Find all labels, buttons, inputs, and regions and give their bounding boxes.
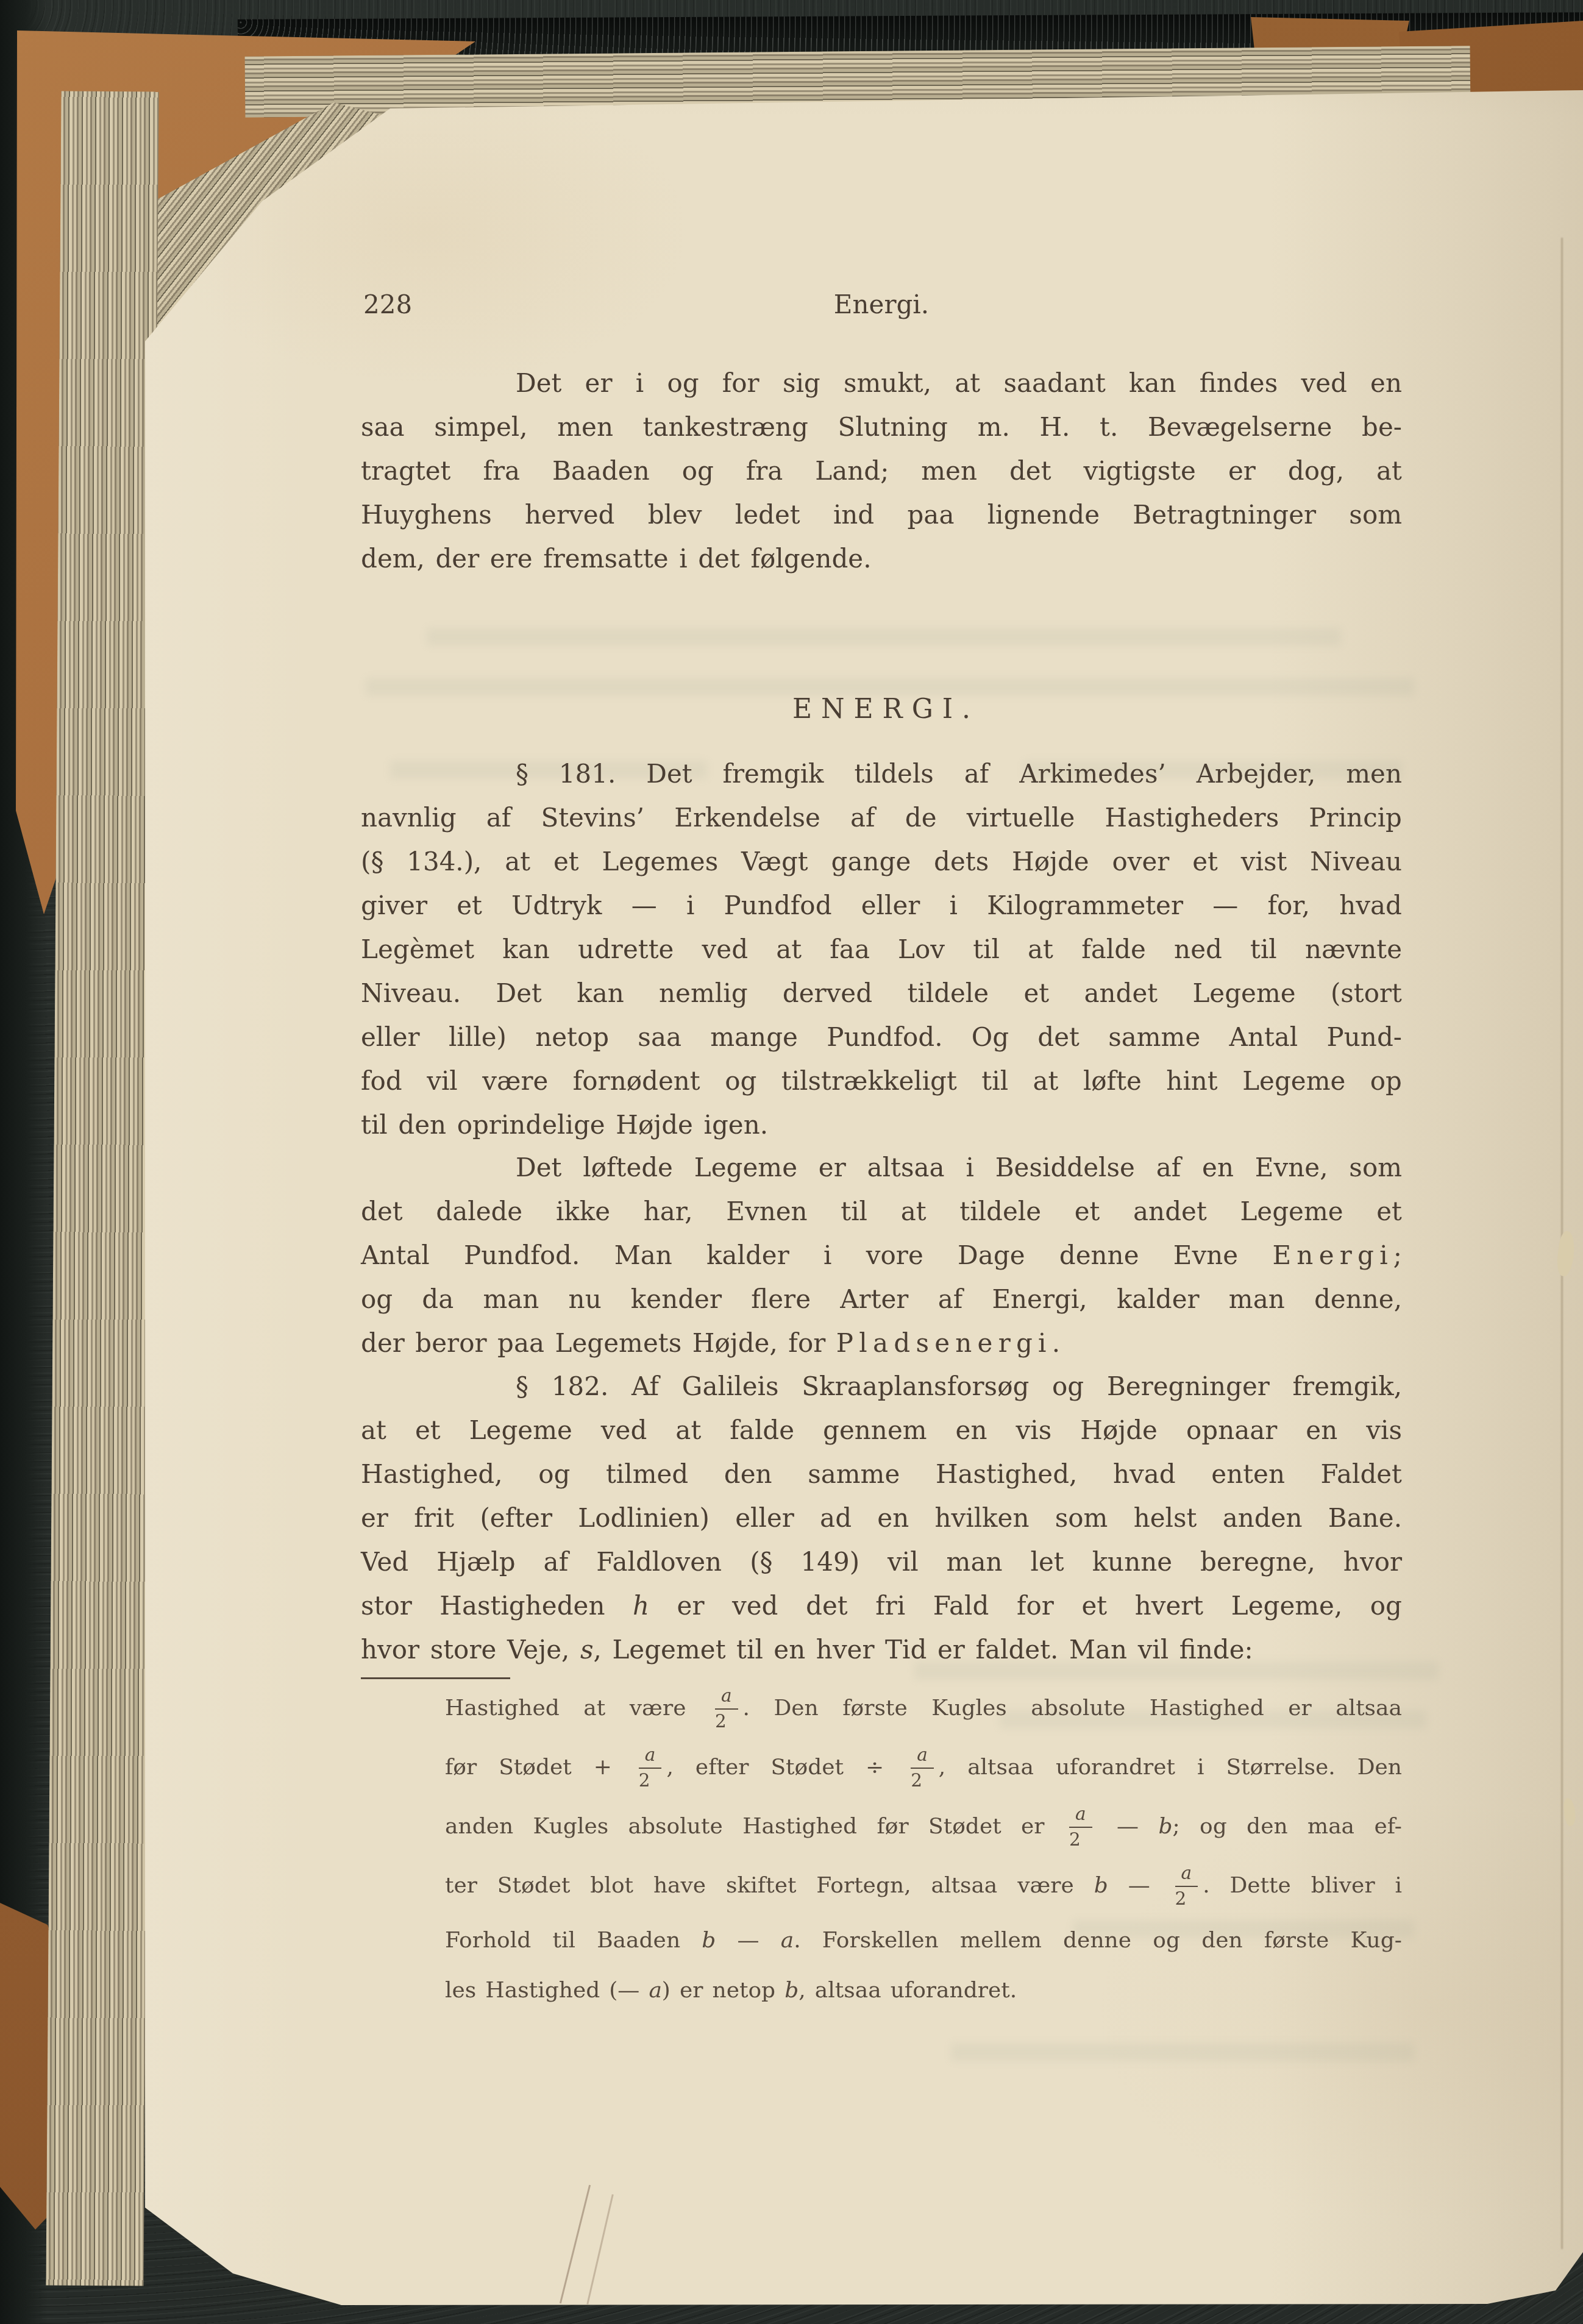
- text-run: § 182. Af Galileis Skraaplansforsøg og B…: [516, 1371, 1402, 1401]
- text-line: til den oprindelige Højde igen.: [361, 1103, 1402, 1147]
- text-line: stor Hastigheden h er ved det fri Fald f…: [361, 1584, 1402, 1628]
- italic-variable: b: [1094, 1873, 1108, 1898]
- text-run: Ved Hjælp af Faldloven (§ 149) vil man l…: [361, 1547, 1402, 1577]
- fraction-numerator: a: [639, 1746, 662, 1768]
- text-line: Hastighed, og tilmed den samme Hastighed…: [361, 1452, 1402, 1496]
- ghost-text-smudge: [951, 2043, 1414, 2061]
- text-run: ter Stødet blot have skiftet Fortegn, al…: [445, 1873, 1094, 1898]
- text-run: § 181. Det fremgik tildels af Arkimedes’…: [516, 759, 1402, 789]
- text-run: dem, der ere fremsatte i det følgende.: [361, 544, 872, 574]
- text-run: . Forskellen mellem denne og den første …: [794, 1928, 1402, 1953]
- text-run: —: [1097, 1814, 1159, 1839]
- text-run: —: [1108, 1873, 1170, 1898]
- text-line: Legèmet kan udrette ved at faa Lov til a…: [361, 928, 1402, 972]
- text-run: er frit (efter Lodlinien) eller ad en hv…: [361, 1503, 1402, 1533]
- text-line: Hastighed at være a2. Den første Kugles …: [445, 1687, 1402, 1730]
- text-line: er frit (efter Lodlinien) eller ad en hv…: [361, 1496, 1402, 1540]
- text-run: (§ 134.), at et Legemes Vægt gange dets …: [361, 847, 1402, 876]
- text-run: tragtet fra Baaden og fra Land; men det …: [361, 456, 1402, 486]
- text-run: les Hastighed (—: [445, 1978, 649, 2003]
- italic-variable: b: [1158, 1814, 1172, 1839]
- text-run: .: [1052, 1328, 1060, 1358]
- fraction: a2: [911, 1746, 934, 1789]
- footnote-rule: [361, 1677, 510, 1679]
- text-line: at et Legeme ved at falde gennem en vis …: [361, 1409, 1402, 1452]
- section-heading: ENERGI.: [361, 688, 1402, 731]
- fraction: a2: [1069, 1805, 1092, 1849]
- fraction-numerator: a: [1175, 1864, 1198, 1886]
- text-run: , altsaa uforandret.: [799, 1978, 1017, 2003]
- text-run: Legèmet kan udrette ved at faa Lov til a…: [361, 934, 1402, 964]
- text-line: dem, der ere fremsatte i det følgende.: [361, 537, 1402, 581]
- text-run: ;: [1393, 1240, 1402, 1270]
- text-line: tragtet fra Baaden og fra Land; men det …: [361, 449, 1402, 493]
- fraction-denominator: 2: [715, 1708, 738, 1731]
- running-title: Energi.: [361, 283, 1402, 327]
- text-run: . Den første Kugles absolute Hastighed e…: [743, 1696, 1402, 1721]
- fraction-numerator: a: [1069, 1805, 1092, 1827]
- text-run: Forhold til Baaden: [445, 1928, 702, 1953]
- text-line: og da man nu kender flere Arter af Energ…: [361, 1277, 1402, 1321]
- text-run: Det er i og for sig smukt, at saadant ka…: [516, 368, 1402, 398]
- text-run: hvor store Veje,: [361, 1635, 580, 1665]
- text-line: Niveau. Det kan nemlig derved tildele et…: [361, 972, 1402, 1015]
- fraction: a2: [639, 1746, 662, 1789]
- text-run: giver et Udtryk — i Pundfod eller i Kilo…: [361, 890, 1402, 920]
- text-run: saa simpel, men tankestræng Slutning m. …: [361, 412, 1402, 442]
- text-run: . Dette bliver i: [1203, 1873, 1402, 1898]
- text-run: Det løftede Legeme er altsaa i Besiddels…: [516, 1153, 1402, 1182]
- text-run: fod vil være fornødent og tilstrækkeligt…: [361, 1066, 1402, 1096]
- text-run: Hastighed at være: [445, 1696, 710, 1721]
- italic-variable: b: [784, 1978, 799, 2003]
- text-run: før Stødet +: [445, 1755, 634, 1780]
- text-line: Ved Hjælp af Faldloven (§ 149) vil man l…: [361, 1540, 1402, 1584]
- fraction-numerator: a: [911, 1746, 934, 1768]
- italic-variable: b: [702, 1928, 716, 1953]
- text-line: ter Stødet blot have skiftet Fortegn, al…: [445, 1864, 1402, 1908]
- text-run: , Legemet til en hver Tid er faldet. Man…: [594, 1635, 1253, 1665]
- text-run: og da man nu kender flere Arter af Energ…: [361, 1284, 1402, 1314]
- text-run: Hastighed, og tilmed den samme Hastighed…: [361, 1459, 1402, 1489]
- text-run: —: [716, 1928, 780, 1953]
- text-line: Det er i og for sig smukt, at saadant ka…: [361, 361, 1402, 405]
- paragraph-section-181: § 181. Det fremgik tildels af Arkimedes’…: [361, 752, 1402, 1147]
- paragraph-section-182: § 182. Af Galileis Skraaplansforsøg og B…: [361, 1365, 1402, 1672]
- text-run: anden Kugles absolute Hastighed før Stød…: [445, 1814, 1064, 1839]
- text-line: saa simpel, men tankestræng Slutning m. …: [361, 405, 1402, 449]
- text-line: § 181. Det fremgik tildels af Arkimedes’…: [361, 752, 1402, 796]
- text-line: Huyghens herved blev ledet ind paa ligne…: [361, 493, 1402, 537]
- page-edge-stack-left: [46, 91, 158, 2286]
- text-run: ; og den maa ef-: [1172, 1814, 1402, 1839]
- fraction-denominator: 2: [1069, 1827, 1092, 1849]
- text-line: Forhold til Baaden b — a. Forskellen mel…: [445, 1924, 1402, 1958]
- text-run: , efter Stødet ÷: [666, 1755, 906, 1780]
- text-line: les Hastighed (— a) er netop b, altsaa u…: [445, 1974, 1402, 2008]
- text-line: fod vil være fornødent og tilstrækkeligt…: [361, 1059, 1402, 1103]
- text-run: navnlig af Stevins’ Erkendelse af de vir…: [361, 803, 1402, 833]
- letterspaced-word: Pladsenergi: [836, 1328, 1052, 1358]
- text-run: Antal Pundfod. Man kalder i vore Dage de…: [361, 1240, 1272, 1270]
- ghost-text-smudge: [427, 628, 1341, 646]
- text-run: eller lille) netop saa mange Pundfod. Og…: [361, 1022, 1402, 1052]
- text-run: til den oprindelige Højde igen.: [361, 1110, 768, 1140]
- fraction: a2: [715, 1687, 738, 1730]
- letterspaced-word: Energi: [1272, 1240, 1393, 1270]
- text-line: § 182. Af Galileis Skraaplansforsøg og B…: [361, 1365, 1402, 1409]
- fraction-numerator: a: [715, 1687, 738, 1708]
- text-line: før Stødet + a2, efter Stødet ÷ a2, alts…: [445, 1746, 1402, 1789]
- text-line: navnlig af Stevins’ Erkendelse af de vir…: [361, 796, 1402, 840]
- page-header: 228 Energi.: [361, 283, 1402, 327]
- text-run: der beror paa Legemets Højde, for: [361, 1328, 836, 1358]
- text-run: det dalede ikke har, Evnen til at tildel…: [361, 1196, 1402, 1226]
- text-line: (§ 134.), at et Legemes Vægt gange dets …: [361, 840, 1402, 884]
- text-line: det dalede ikke har, Evnen til at tildel…: [361, 1190, 1402, 1234]
- footnote: Hastighed at være a2. Den første Kugles …: [445, 1687, 1402, 2024]
- text-line: Det løftede Legeme er altsaa i Besiddels…: [361, 1146, 1402, 1190]
- text-run: Huyghens herved blev ledet ind paa ligne…: [361, 500, 1402, 530]
- text-line: Antal Pundfod. Man kalder i vore Dage de…: [361, 1234, 1402, 1277]
- paragraph: Det løftede Legeme er altsaa i Besiddels…: [361, 1146, 1402, 1365]
- text-line: anden Kugles absolute Hastighed før Stød…: [445, 1805, 1402, 1849]
- text-run: ) er netop: [662, 1978, 784, 2003]
- fraction-denominator: 2: [1175, 1886, 1198, 1908]
- book-scan: { "colors":{"page":"#e9dfc7","ink":"#4a3…: [0, 0, 1583, 2324]
- fraction: a2: [1175, 1864, 1198, 1908]
- italic-variable: a: [649, 1978, 661, 2003]
- fraction-denominator: 2: [911, 1768, 934, 1790]
- text-run: , altsaa uforandret i Størrelse. Den: [939, 1755, 1402, 1780]
- italic-variable: h: [633, 1591, 649, 1621]
- text-line: hvor store Veje, s, Legemet til en hver …: [361, 1628, 1402, 1672]
- italic-variable: s: [580, 1635, 594, 1665]
- text-line: giver et Udtryk — i Pundfod eller i Kilo…: [361, 884, 1402, 928]
- text-run: Niveau. Det kan nemlig derved tildele et…: [361, 978, 1402, 1008]
- italic-variable: a: [781, 1928, 794, 1953]
- paragraph: Det er i og for sig smukt, at saadant ka…: [361, 361, 1402, 581]
- text-run: er ved det fri Fald for et hvert Legeme,…: [649, 1591, 1402, 1621]
- text-line: eller lille) netop saa mange Pundfod. Og…: [361, 1015, 1402, 1059]
- text-line: der beror paa Legemets Højde, for Pladse…: [361, 1321, 1402, 1365]
- text-run: stor Hastigheden: [361, 1591, 633, 1621]
- fraction-denominator: 2: [639, 1768, 662, 1790]
- text-run: at et Legeme ved at falde gennem en vis …: [361, 1415, 1402, 1445]
- page-number: 228: [363, 283, 412, 327]
